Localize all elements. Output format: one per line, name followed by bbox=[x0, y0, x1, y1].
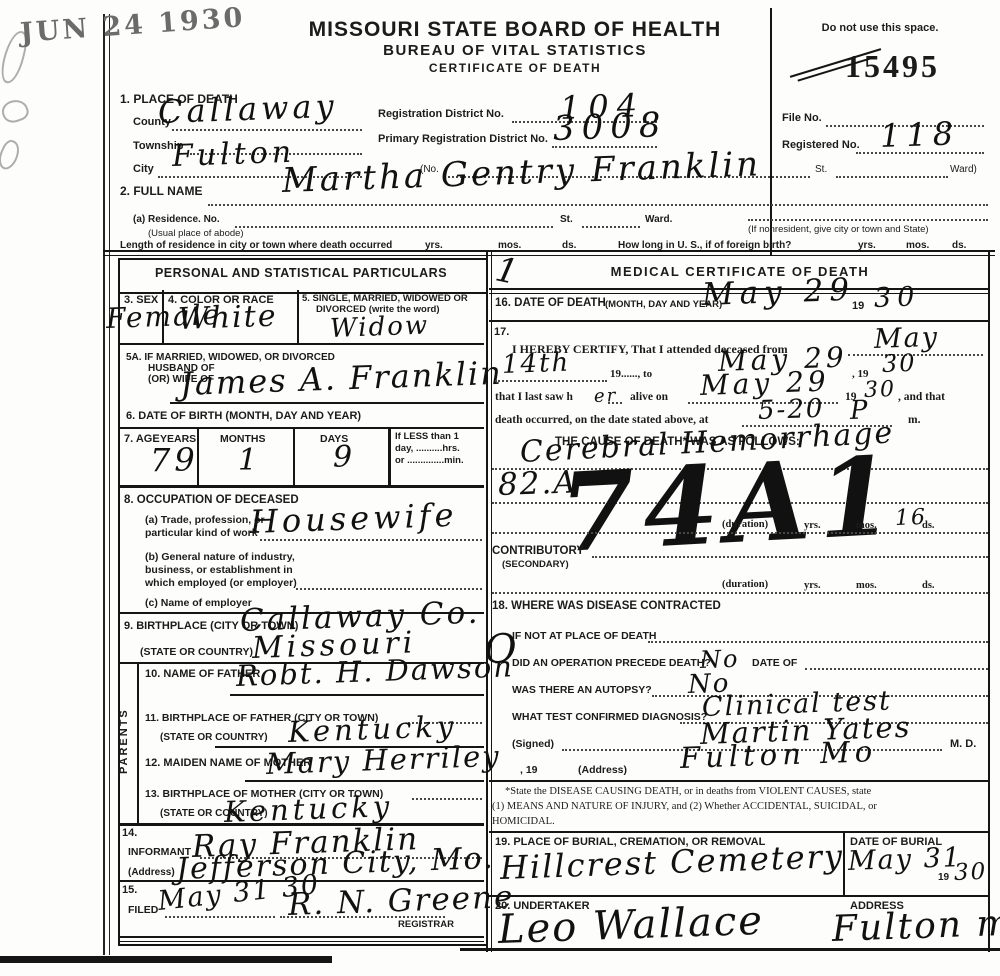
city-ward-line bbox=[836, 176, 948, 178]
lastsaw-dots-1 bbox=[608, 402, 622, 404]
howlong-us-label: How long in U. S., if of foreign birth? bbox=[618, 240, 791, 251]
duration-2-ds: ds. bbox=[922, 580, 935, 591]
margin-scribble bbox=[0, 96, 31, 126]
row-rule bbox=[118, 343, 484, 345]
full-name-line bbox=[208, 204, 988, 206]
cell-divider bbox=[388, 429, 391, 485]
nonresident-line bbox=[748, 219, 988, 221]
contributory-sub: (SECONDARY) bbox=[502, 559, 569, 570]
right-edge-rule bbox=[988, 252, 990, 952]
marital-label-1: 5. SINGLE, MARRIED, WIDOWED OR bbox=[302, 293, 468, 304]
registrar-label: REGISTRAR bbox=[398, 919, 454, 930]
age-less-label-3: or ..............min. bbox=[395, 455, 464, 466]
file-no-label: File No. bbox=[782, 112, 822, 124]
howlong-yrs-label: yrs. bbox=[858, 240, 876, 251]
item-17-label: 17. bbox=[494, 326, 509, 338]
county-value: Callaway bbox=[157, 90, 338, 128]
contributory-dots bbox=[592, 556, 988, 558]
signed-label: (Signed) bbox=[512, 738, 554, 750]
parents-divider bbox=[137, 662, 139, 823]
row-rule bbox=[489, 320, 988, 322]
residence-st-line bbox=[582, 226, 640, 228]
md-label: M. D. bbox=[950, 738, 976, 750]
footnote-line-3: HOMICIDAL. bbox=[492, 816, 555, 827]
certify-printed-2a: 19......, to bbox=[610, 368, 652, 380]
city-value: Fulton bbox=[171, 138, 295, 172]
age-months-value: 1 bbox=[238, 446, 259, 476]
father-line bbox=[230, 694, 484, 696]
lastsaw-printed-1: that I last saw h bbox=[495, 391, 573, 403]
full-name-label: 2. FULL NAME bbox=[120, 184, 202, 198]
city-label: City bbox=[133, 163, 154, 175]
burial-place-value: Hillcrest Cemetery bbox=[499, 840, 844, 884]
ifnot-label: IF NOT AT PLACE OF DEATH bbox=[512, 630, 656, 642]
filed-dots bbox=[165, 916, 275, 918]
birthplace-state-label: (STATE OR COUNTRY) bbox=[140, 646, 253, 658]
burial-year-pre: 19 bbox=[938, 872, 949, 883]
occupation-b-label-2: business, or establishment in bbox=[145, 564, 293, 576]
physician-address-value: Fulton Mo bbox=[679, 737, 877, 773]
left-margin-rule bbox=[103, 14, 110, 955]
duration-2-yrs: yrs. bbox=[804, 580, 821, 591]
parents-side-label: PARENTS bbox=[118, 714, 130, 774]
tally-mark: 1 bbox=[492, 252, 522, 290]
row-rule bbox=[118, 427, 484, 429]
length-ds-label: ds. bbox=[562, 240, 576, 251]
date-of-death-year: 30 bbox=[874, 283, 921, 312]
date-of-death-label: 16. DATE OF DEATH bbox=[495, 297, 606, 309]
occupation-a-value: Housewife bbox=[249, 499, 458, 538]
informant-address-label: (Address) bbox=[128, 867, 175, 878]
margin-scribble bbox=[0, 138, 23, 173]
certify-dots-2 bbox=[495, 380, 607, 382]
occupation-a-label-1: (a) Trade, profession, or bbox=[145, 514, 265, 526]
row-rule bbox=[118, 485, 484, 488]
do-not-use-label: Do not use this space. bbox=[772, 22, 988, 34]
age-days-value: 9 bbox=[333, 443, 354, 473]
duration-2-mos: mos. bbox=[856, 580, 877, 591]
cell-divider bbox=[297, 290, 299, 345]
mother-name-value: Mary Herriley bbox=[265, 742, 501, 779]
residence-ward-label: Ward. bbox=[645, 214, 672, 225]
age-years-value: 79 bbox=[150, 444, 199, 476]
age-less-label-2: day, ..........hrs. bbox=[395, 443, 460, 454]
operation-dots bbox=[805, 668, 988, 670]
occupation-a-label-2: particular kind of work bbox=[145, 527, 258, 539]
death-certificate-document: JUN 24 1930 MISSOURI STATE BOARD OF HEAL… bbox=[0, 0, 1000, 976]
death-time-printed: death occurred, on the date stated above… bbox=[495, 414, 708, 426]
howlong-mos-label: mos. bbox=[906, 240, 929, 251]
row-rule bbox=[489, 831, 988, 833]
informant-number: 14. bbox=[122, 827, 137, 839]
nonresident-note: (If nonresident, give city or town and S… bbox=[748, 224, 929, 235]
occupation-b-line bbox=[296, 588, 482, 590]
test-label: WHAT TEST CONFIRMED DIAGNOSIS? bbox=[512, 711, 707, 723]
physician-address-label: (Address) bbox=[578, 764, 627, 776]
length-yrs-label: yrs. bbox=[425, 240, 443, 251]
duration-1-mos: mos. bbox=[856, 520, 877, 531]
duration-2-line bbox=[492, 592, 988, 594]
marital-value: Widow bbox=[330, 313, 430, 342]
undertaker-value: Leo Wallace bbox=[497, 901, 764, 950]
mother-birthplace-dots bbox=[412, 798, 482, 800]
occupation-b-label-1: (b) General nature of industry, bbox=[145, 551, 295, 563]
registrar-dots bbox=[280, 916, 445, 918]
burial-year-value: 30 bbox=[954, 861, 988, 885]
dob-label: 6. DATE OF BIRTH (MONTH, DAY AND YEAR) bbox=[126, 410, 361, 422]
filed-number: 15. bbox=[122, 884, 137, 896]
father-birthplace-state-label: (STATE OR COUNTRY) bbox=[160, 732, 268, 743]
date-stamp: JUN 24 1930 bbox=[19, 2, 246, 49]
mother-birthplace-value: Kentucky bbox=[223, 792, 393, 827]
board-title: MISSOURI STATE BOARD OF HEALTH bbox=[305, 18, 725, 42]
row-rule bbox=[489, 780, 988, 782]
burial-date-value: May 31 bbox=[848, 844, 963, 875]
footnote-line-2: (1) MEANS AND NATURE OF INJURY, and (2) … bbox=[492, 801, 877, 812]
autopsy-label: WAS THERE AN AUTOPSY? bbox=[512, 684, 652, 696]
residence-st-label: St. bbox=[560, 214, 573, 225]
residence-line bbox=[235, 226, 553, 228]
registration-district-label: Registration District No. bbox=[378, 108, 504, 120]
date-of-death-value: May 29 bbox=[701, 275, 855, 311]
scan-artifact-bar bbox=[0, 956, 332, 963]
year-19-label: , 19 bbox=[520, 764, 538, 776]
death-time-m: m. bbox=[908, 414, 920, 426]
contributory-label: CONTRIBUTORY bbox=[492, 545, 584, 557]
residence-label: (a) Residence. No. bbox=[133, 214, 220, 225]
city-ward-label: Ward) bbox=[950, 164, 977, 175]
occupation-c-label: (c) Name of employer bbox=[145, 597, 252, 609]
ifnot-dots bbox=[648, 641, 988, 643]
operation-date-of-label: DATE OF bbox=[752, 657, 797, 669]
cell-divider bbox=[293, 429, 295, 485]
date-of-death-year-pre: 19 bbox=[852, 300, 864, 312]
footnote-line-1: *State the DISEASE CAUSING DEATH, or in … bbox=[505, 786, 871, 797]
howlong-ds-label: ds. bbox=[952, 240, 966, 251]
duration-1-yrs: yrs. bbox=[804, 520, 821, 531]
primary-district-label: Primary Registration District No. bbox=[378, 133, 548, 145]
length-of-residence-label: Length of residence in city or town wher… bbox=[120, 240, 392, 251]
registered-no-value: 118 bbox=[879, 117, 959, 152]
spouse-line bbox=[170, 402, 484, 404]
operation-label: DID AN OPERATION PRECEDE DEATH? bbox=[512, 657, 711, 669]
filed-label: FILED bbox=[128, 904, 158, 916]
age-less-label-1: If LESS than 1 bbox=[395, 431, 459, 442]
duration-1-label: (duration) bbox=[722, 519, 768, 530]
certificate-title: CERTIFICATE OF DEATH bbox=[305, 61, 725, 75]
mother-line bbox=[245, 780, 484, 782]
abode-note: (Usual place of abode) bbox=[148, 228, 244, 239]
duration-1-line bbox=[492, 532, 988, 534]
where-contracted-label: 18. WHERE WAS DISEASE CONTRACTED bbox=[492, 600, 721, 612]
personal-header: PERSONAL AND STATISTICAL PARTICULARS bbox=[120, 266, 482, 280]
certify-from-day: 14th bbox=[502, 350, 571, 378]
lastsaw-printed-2: alive on bbox=[630, 391, 668, 403]
bureau-title: BUREAU OF VITAL STATISTICS bbox=[305, 42, 725, 59]
row-rule bbox=[489, 895, 988, 897]
undertaker-address-value: Fulton mo. bbox=[831, 904, 1000, 948]
registered-no-label: Registered No. bbox=[782, 139, 860, 151]
lastsaw-printed-3: , and that bbox=[898, 391, 945, 403]
bottom-rule bbox=[460, 948, 1000, 951]
race-value: White bbox=[177, 302, 278, 335]
duration-1-ds: ds. bbox=[922, 520, 935, 531]
left-column-bottom-rule bbox=[118, 936, 484, 942]
cause-code-big: 74A1 bbox=[557, 442, 903, 568]
duration-2-label: (duration) bbox=[722, 579, 768, 590]
certify-to-year: 30 bbox=[882, 351, 917, 376]
primary-district-value: 3008 bbox=[552, 108, 668, 146]
occupation-b-label-3: which employed (or employer) bbox=[145, 577, 297, 589]
city-st-label: St. bbox=[815, 164, 827, 175]
